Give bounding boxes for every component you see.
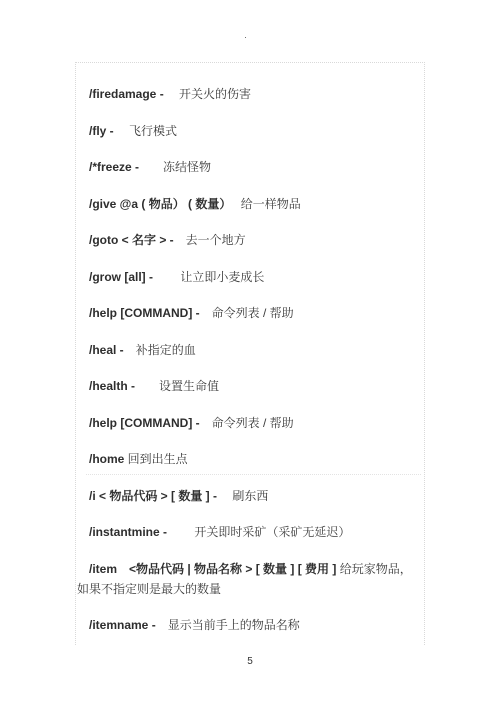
command-description: 命令列表 / 帮助 bbox=[200, 416, 294, 430]
command-row: /goto < 名字 > - 去一个地方 bbox=[77, 230, 420, 250]
command-row: /itemname - 显示当前手上的物品名称 bbox=[77, 615, 420, 635]
page-number: 5 bbox=[0, 656, 500, 667]
command-row: /instantmine - 开关即时采矿（采矿无延迟） bbox=[77, 522, 420, 542]
command-syntax: /firedamage - bbox=[89, 87, 164, 101]
command-row: /help [COMMAND] - 命令列表 / 帮助 bbox=[77, 303, 420, 323]
row-separator-line bbox=[86, 474, 421, 475]
command-description: 显示当前手上的物品名称 bbox=[156, 618, 300, 632]
command-description: 开关即时采矿（采矿无延迟） bbox=[167, 525, 350, 539]
command-syntax: /heal - bbox=[89, 343, 124, 357]
command-description: 补指定的血 bbox=[124, 343, 196, 357]
command-row: /help [COMMAND] - 命令列表 / 帮助 bbox=[77, 413, 420, 433]
command-row: /*freeze - 冻结怪物 bbox=[77, 157, 420, 177]
command-description: 冻结怪物 bbox=[139, 160, 211, 174]
command-description: 开关火的伤害 bbox=[164, 87, 251, 101]
command-description: 回到出生点 bbox=[124, 452, 187, 466]
stray-dot-mark: · bbox=[244, 33, 247, 42]
command-row: /heal - 补指定的血 bbox=[77, 340, 420, 360]
command-description: 飞行模式 bbox=[114, 124, 177, 138]
command-syntax: /goto < 名字 > - bbox=[89, 233, 174, 247]
command-description: 去一个地方 bbox=[174, 233, 246, 247]
command-syntax: /give @a ( 物品） ( 数量） bbox=[89, 197, 225, 211]
command-description: 让立即小麦成长 bbox=[153, 270, 264, 284]
command-description: 刷东西 bbox=[217, 489, 268, 503]
command-syntax: /help [COMMAND] - bbox=[89, 306, 200, 320]
commands-table-box: /firedamage - 开关火的伤害/fly - 飞行模式/*freeze … bbox=[75, 62, 425, 645]
command-syntax: /home bbox=[89, 452, 124, 466]
command-syntax: /i < 物品代码 > [ 数量 ] - bbox=[89, 489, 217, 503]
command-syntax: /itemname - bbox=[89, 618, 156, 632]
command-syntax: /item <物品代码 | 物品名称 > [ 数量 ] [ 费用 ] bbox=[89, 562, 336, 576]
command-syntax: /grow [all] - bbox=[89, 270, 153, 284]
command-row: /home 回到出生点 bbox=[77, 449, 420, 469]
command-syntax: /instantmine - bbox=[89, 525, 167, 539]
command-row: /health - 设置生命值 bbox=[77, 376, 420, 396]
command-row: /i < 物品代码 > [ 数量 ] - 刷东西 bbox=[77, 486, 420, 506]
command-row: /item <物品代码 | 物品名称 > [ 数量 ] [ 费用 ] 给玩家物品… bbox=[77, 559, 420, 599]
command-row: /grow [all] - 让立即小麦成长 bbox=[77, 267, 420, 287]
command-row: /fly - 飞行模式 bbox=[77, 121, 420, 141]
command-row: /give @a ( 物品） ( 数量） 给一样物品 bbox=[77, 194, 420, 214]
command-syntax: /*freeze - bbox=[89, 160, 139, 174]
command-syntax: /health - bbox=[89, 379, 135, 393]
command-description: 命令列表 / 帮助 bbox=[200, 306, 294, 320]
command-row: /firedamage - 开关火的伤害 bbox=[77, 84, 420, 104]
command-syntax: /help [COMMAND] - bbox=[89, 416, 200, 430]
command-description: 给一样物品 bbox=[225, 197, 300, 211]
command-description: 设置生命值 bbox=[135, 379, 219, 393]
command-syntax: /fly - bbox=[89, 124, 114, 138]
